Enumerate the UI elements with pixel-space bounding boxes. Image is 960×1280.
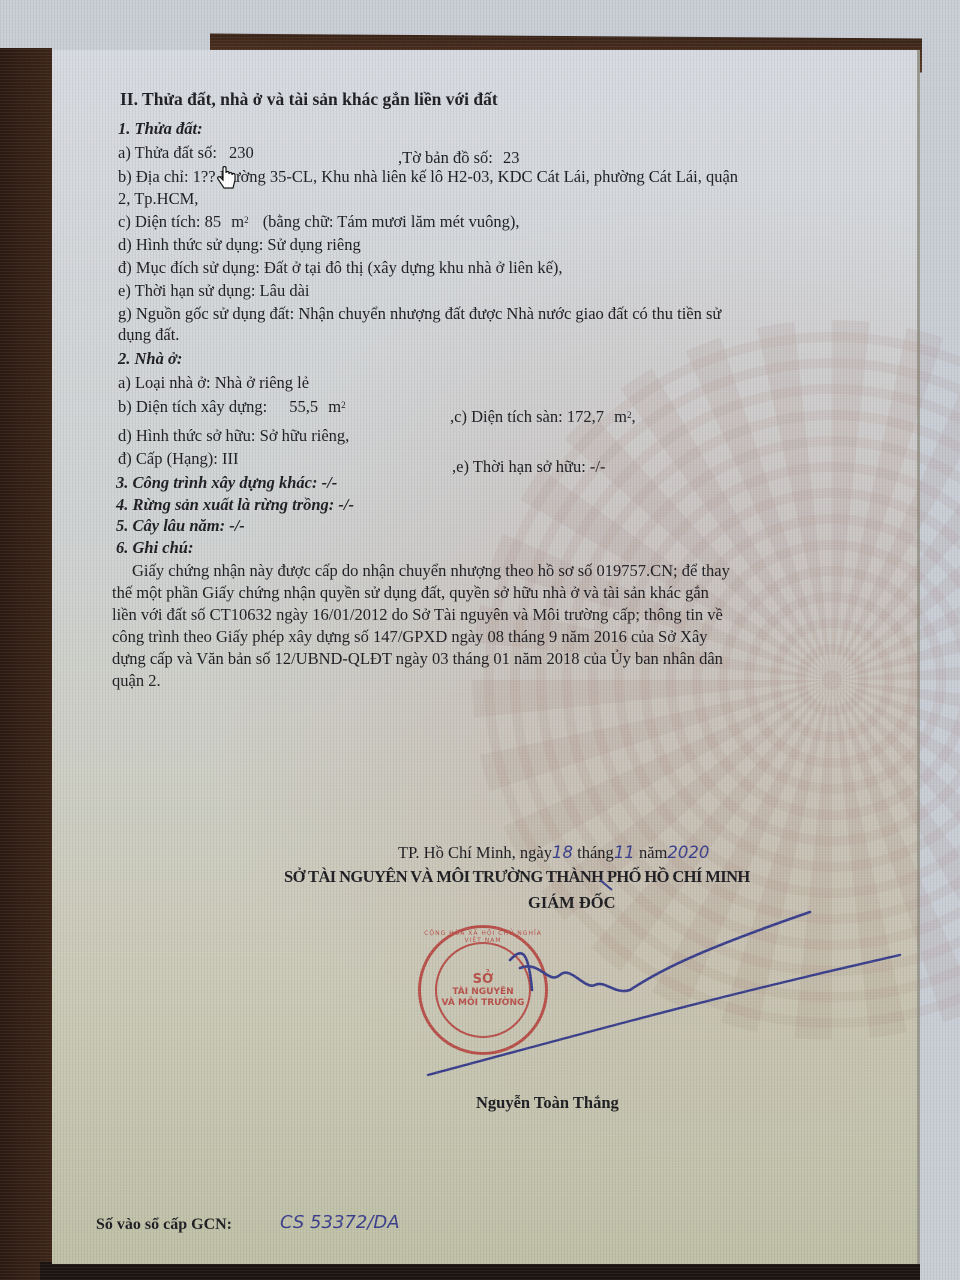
production-forest: 4. Rừng sản xuất là rừng trồng: -/- [116, 494, 354, 516]
parcel-number: 230 [229, 143, 254, 162]
seal-line-3: VÀ MÔI TRƯỜNG [442, 998, 525, 1009]
notes-line: quận 2. [112, 670, 161, 692]
build-area-label: b) Diện tích xây dựng: [118, 397, 267, 416]
perennial-trees: 5. Cây lâu năm: -/- [116, 515, 245, 537]
area-label: c) Diện tích: 85 [118, 212, 221, 231]
build-area-unit: m [328, 397, 341, 416]
land-origin-line-1: g) Nguồn gốc sử dụng đất: Nhận chuyển nh… [118, 303, 721, 325]
hand-cursor-icon [216, 166, 238, 192]
background-edge-left [0, 48, 52, 1280]
registry-label: Số vào sổ cấp GCN: [96, 1214, 232, 1236]
seal-line-2: TÀI NGUYÊN [452, 987, 513, 998]
seal-center: SỞ TÀI NGUYÊN VÀ MÔI TRƯỜNG [435, 942, 531, 1038]
ownership-term: ,e) Thời hạn sở hữu: -/- [452, 456, 605, 478]
year-label: năm [639, 843, 667, 862]
place-date: TP. Hồ Chí Minh, ngày18 tháng11 năm2020 [398, 842, 709, 864]
area-unit: m [231, 212, 244, 231]
parcel-label: a) Thửa đất số: [118, 143, 217, 162]
official-seal: CỘNG HÒA XÃ HỘI CHỦ NGHĨA VIỆT NAM SỞ TÀ… [418, 925, 548, 1055]
signer-name: Nguyễn Toàn Thắng [476, 1092, 619, 1114]
usage-form: d) Hình thức sử dụng: Sử dụng riêng [118, 234, 361, 256]
notes-line: dựng cấp và Văn bản số 12/UBND-QLĐT ngày… [112, 648, 723, 670]
month-label: tháng [577, 843, 614, 862]
map-sheet-label: ,Tờ bản đồ số: [398, 148, 493, 167]
watermark-emblem [472, 320, 960, 1040]
notes-line: Giấy chứng nhận này được cấp do nhận chu… [132, 560, 730, 582]
date-month: 11 [614, 843, 635, 862]
notes-line: công trình theo Giấy phép xây dựng số 14… [112, 626, 708, 648]
notes-line: liền với đất số CT10632 ngày 16/01/2012 … [112, 604, 723, 626]
house-grade: đ) Cấp (Hạng): III [118, 448, 239, 470]
map-sheet-number: 23 [503, 148, 520, 167]
ownership-form: d) Hình thức sở hữu: Sở hữu riêng, [118, 425, 349, 447]
build-area-unit-sup: 2 [341, 400, 346, 410]
background-edge-bottom [40, 1262, 920, 1280]
registry-number: CS 53372/DA [280, 1212, 400, 1234]
signer-title: GIÁM ĐỐC [528, 892, 616, 914]
area-row: c) Diện tích: 85 m2 (bằng chữ: Tám mươi … [118, 211, 520, 233]
section-title: II. Thửa đất, nhà ở và tài sản khác gắn … [120, 88, 498, 110]
other-construction: 3. Công trình xây dựng khác: -/- [116, 472, 337, 494]
floor-area-unit-sup: 2 [627, 410, 632, 420]
land-heading: 1. Thửa đất: [118, 118, 203, 140]
usage-term: e) Thời hạn sử dụng: Lâu dài [118, 280, 310, 302]
area-unit-sup: 2 [244, 215, 249, 225]
floor-area-unit: m [614, 407, 627, 426]
address-line-2: 2, Tp.HCM, [118, 188, 198, 210]
notes-heading: 6. Ghi chú: [116, 537, 193, 559]
house-heading: 2. Nhà ở: [118, 348, 182, 370]
issuing-agency: SỞ TÀI NGUYÊN VÀ MÔI TRƯỜNG THÀNH PHỐ HỒ… [284, 866, 750, 888]
land-origin-line-2: dụng đất. [118, 324, 179, 346]
floor-area-comma: , [631, 407, 635, 426]
seal-line-1: SỞ [473, 972, 494, 987]
build-area-row: b) Diện tích xây dựng: 55,5 m2 [118, 396, 346, 418]
area-in-words: (bằng chữ: Tám mươi lăm mét vuông), [263, 212, 520, 231]
date-day: 18 [552, 843, 573, 862]
place-date-prefix: TP. Hồ Chí Minh, ngày [398, 843, 552, 862]
parcel-number-row: a) Thửa đất số: 230 [118, 142, 254, 164]
usage-purpose: đ) Mục đích sử dụng: Đất ở tại đô thị (x… [118, 257, 563, 279]
floor-area-row: ,c) Diện tích sàn: 172,7 m2, [450, 406, 636, 428]
date-year: 2020 [667, 843, 709, 862]
build-area-value: 55,5 [289, 397, 318, 416]
floor-area-label: ,c) Diện tích sàn: 172,7 [450, 407, 604, 426]
address-line-1: b) Địa chỉ: 1?? Đường 35-CL, Khu nhà liê… [118, 166, 738, 188]
house-type: a) Loại nhà ở: Nhà ở riêng lẻ [118, 372, 309, 394]
notes-line: thế một phần Giấy chứng nhận quyền sử dụ… [112, 582, 709, 604]
